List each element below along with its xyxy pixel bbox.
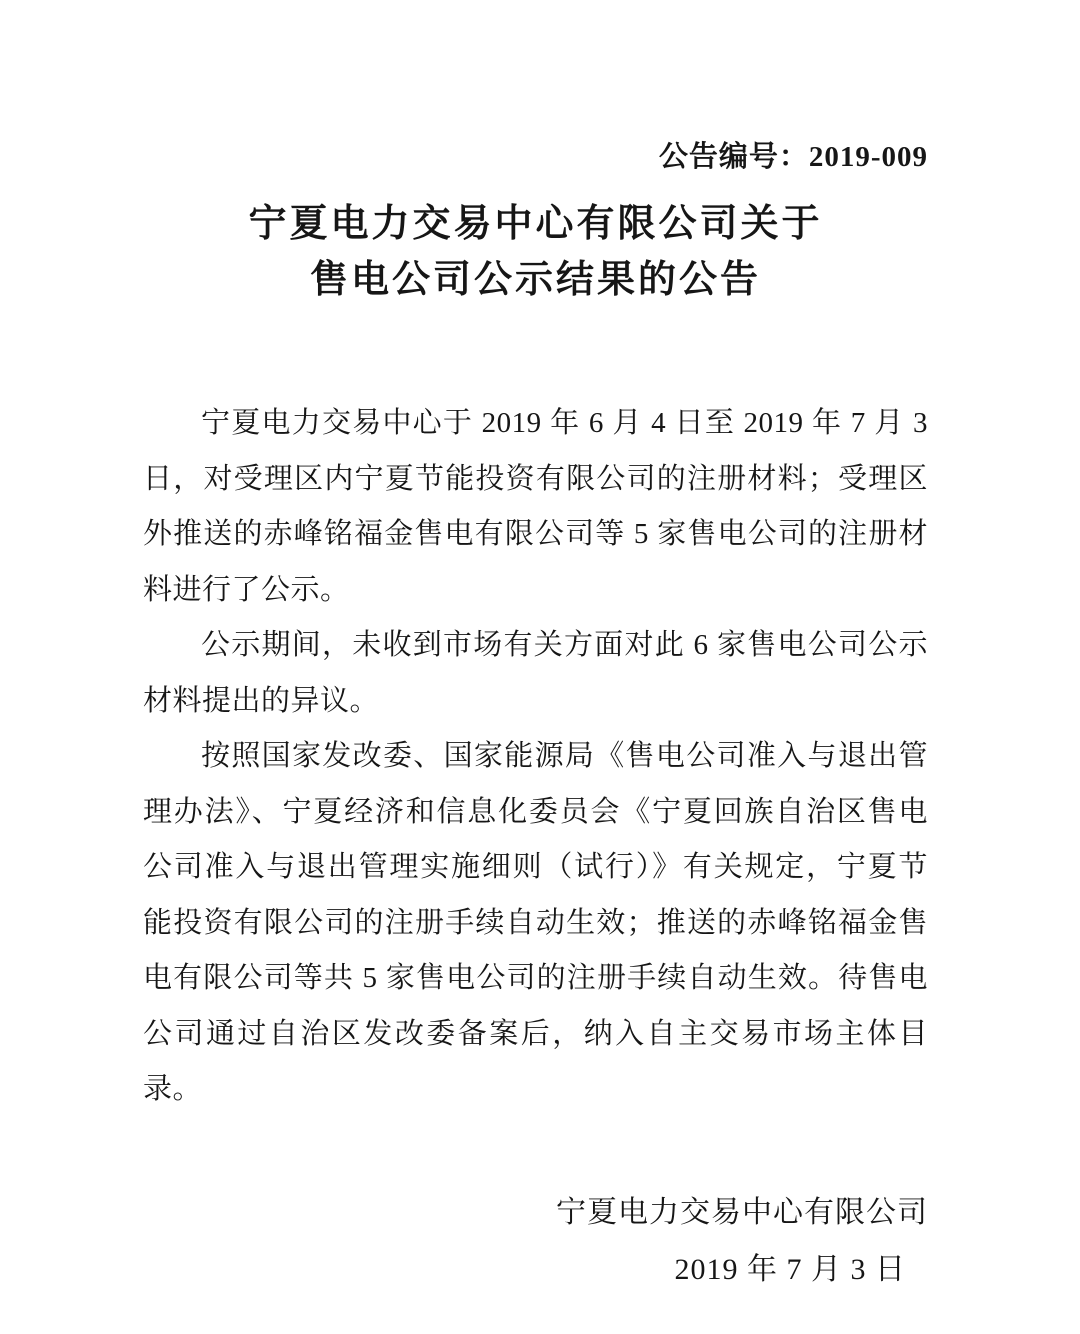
- body-line: 公司通过自治区发改委备案后，纳入自主交易市场主体目: [143, 1007, 928, 1063]
- doc-title: 宁夏电力交易中心有限公司关于 售电公司公示结果的公告: [143, 196, 928, 308]
- body-line: 电有限公司等共 5 家售电公司的注册手续自动生效。待售电: [143, 951, 928, 1007]
- body-line: 宁夏电力交易中心于 2019 年 6 月 4 日至 2019 年 7 月 3: [143, 396, 928, 452]
- paragraph-3: 按照国家发改委、国家能源局《售电公司准入与退出管 理办法》、宁夏经济和信息化委员…: [143, 729, 928, 1118]
- body-line: 录。: [143, 1062, 928, 1118]
- signature-company: 宁夏电力交易中心有限公司: [143, 1184, 928, 1241]
- doc-number: 公告编号：2019-009: [143, 140, 928, 174]
- doc-title-line2: 售电公司公示结果的公告: [143, 252, 928, 308]
- announcement-document: 公告编号：2019-009 宁夏电力交易中心有限公司关于 售电公司公示结果的公告…: [0, 0, 1080, 1334]
- body-line: 公示期间，未收到市场有关方面对此 6 家售电公司公示: [143, 618, 928, 674]
- body-line: 材料提出的异议。: [143, 674, 928, 730]
- body-line: 理办法》、宁夏经济和信息化委员会《宁夏回族自治区售电: [143, 785, 928, 841]
- paragraph-2: 公示期间，未收到市场有关方面对此 6 家售电公司公示 材料提出的异议。: [143, 618, 928, 729]
- body-line: 料进行了公示。: [143, 563, 928, 619]
- doc-body: 宁夏电力交易中心于 2019 年 6 月 4 日至 2019 年 7 月 3 日…: [143, 396, 928, 1118]
- body-line: 按照国家发改委、国家能源局《售电公司准入与退出管: [143, 729, 928, 785]
- body-line: 外推送的赤峰铭福金售电有限公司等 5 家售电公司的注册材: [143, 507, 928, 563]
- body-line: 日，对受理区内宁夏节能投资有限公司的注册材料；受理区: [143, 452, 928, 508]
- doc-title-line1: 宁夏电力交易中心有限公司关于: [143, 196, 928, 252]
- paragraph-1: 宁夏电力交易中心于 2019 年 6 月 4 日至 2019 年 7 月 3 日…: [143, 396, 928, 618]
- body-line: 公司准入与退出管理实施细则（试行）》有关规定，宁夏节: [143, 840, 928, 896]
- signature-date: 2019 年 7 月 3 日: [143, 1241, 928, 1298]
- body-line: 能投资有限公司的注册手续自动生效；推送的赤峰铭福金售: [143, 896, 928, 952]
